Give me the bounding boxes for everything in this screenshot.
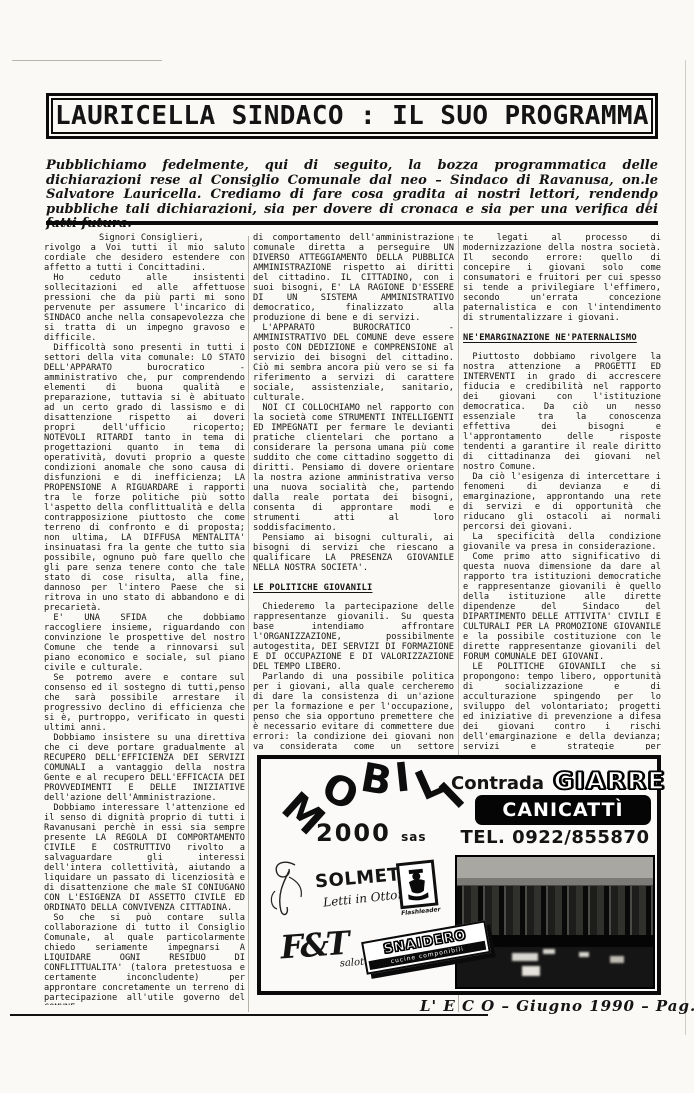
scan-artifact-edge [685,60,686,1035]
paragraph: Dobbiamo insistere su una direttiva che … [44,733,245,803]
ad-address-place: GIARRE [554,767,667,795]
paragraph: Difficoltà sono presenti in tutti i sett… [44,343,245,613]
paragraph: Piuttosto dobbiamo rivolgere la nostra a… [463,352,661,472]
paragraph: Se potremo avere e contare sul consenso … [44,673,245,733]
page-title: LAURICELLA SINDACO : IL SUO PROGRAMMA [55,101,649,131]
newspaper-page: LAURICELLA SINDACO : IL SUO PROGRAMMA Pu… [0,0,694,1093]
fairy-doodle-icon [265,857,317,919]
advertisement-box: MOBILI 2000 sas Contrada GIARRE CANICATT… [257,755,661,995]
paragraph: Parlando di una possibile politica per i… [253,672,454,750]
flashleader-frame [396,859,439,909]
scan-artifact-line [12,60,162,61]
ad-brand-suffix: sas [401,830,426,844]
footer-rule [10,1014,488,1016]
paragraph: La specificità della condizione giovanil… [463,532,661,552]
article-column-3: te legati al processo di modernizzazione… [463,233,661,750]
paragraph: Da ciò l'esigenza di intercettare i feno… [463,472,661,532]
paragraph: Come primo atto significativo di questa … [463,552,661,662]
paragraph: Chiederemo la partecipazione delle rappr… [253,602,454,672]
photo-light [522,966,540,976]
article-column-2: di comportamento dell'amministrazione co… [253,233,454,750]
brand-letter: I [393,754,413,801]
paragraph: E' UNA SFIDA che dobbiamo raccogliere in… [44,613,245,673]
paragraph: te legati al processo di modernizzazione… [463,233,661,323]
photo-light [579,952,589,957]
ad-city-label: CANICATTÌ [502,799,623,821]
paragraph: Dobbiamo interessare l'attenzione ed il … [44,803,245,913]
ad-phone: TEL. 0922/855870 [457,827,653,848]
paragraph: di comportamento dell'amministrazione co… [253,233,454,323]
article-column-1: Signori Consiglieri,rivolgo a Voi tutti … [44,233,245,1005]
section-heading: LE POLITICHE GIOVANILI [253,583,454,593]
page-footer: L' E C O – Giugno 1990 – Pag.5 [420,997,694,1015]
headline-inner-border: LAURICELLA SINDACO : IL SUO PROGRAMMA [51,98,653,134]
ad-address: Contrada GIARRE [451,767,655,795]
flashleader-logo: Flashleader [396,859,446,925]
column-separator [248,236,249,1012]
section-heading: NE'EMARGINAZIONE NE'PATERNALISMO [463,333,661,343]
paragraph: Ho ceduto alle insistenti sollecitazioni… [44,273,245,343]
paragraph: L'APPARATO BUROCRATICO - AMMINISTRATIVO … [253,323,454,403]
ad-city-banner: CANICATTÌ [477,797,649,823]
paragraph: So che si può contare sulla collaborazio… [44,913,245,1005]
intro-divider-rule [46,221,658,225]
brand-letter: B [357,755,395,806]
paragraph: Pensiamo ai bisogni culturali, ai bisogn… [253,533,454,573]
paragraph: NOI CI COLLOCHIAMO nel rapporto con la s… [253,403,454,533]
paragraph: Signori Consiglieri, [44,233,245,243]
ad-brand-subtitle: 2000 sas [316,819,427,847]
photo-light [512,953,538,961]
photo-light [543,949,555,954]
ad-brand-number: 2000 [316,819,391,847]
paragraph: LE POLITICHE GIOVANILI che si propongono… [463,662,661,750]
headline-box: LAURICELLA SINDACO : IL SUO PROGRAMMA [46,93,658,139]
ad-address-label: Contrada [451,773,544,794]
seated-figure-icon [402,866,431,903]
photo-light [610,956,624,963]
paragraph: rivolgo a Voi tutti il mio saluto cordia… [44,243,245,273]
